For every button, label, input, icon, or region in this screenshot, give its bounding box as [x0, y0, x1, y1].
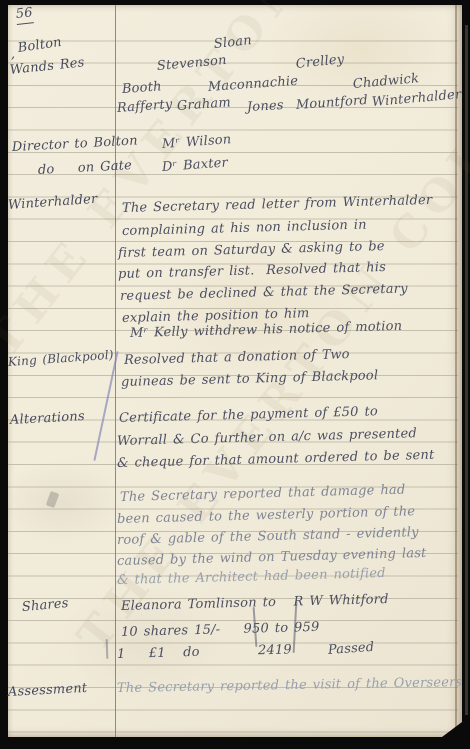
minute-line: Resolved that a donation of Two	[124, 347, 350, 369]
team-name: Sloan	[213, 33, 253, 53]
minute-line: 1 £1 do 2419	[117, 642, 292, 663]
official-assignment-label: do on Gate	[38, 158, 133, 179]
official-assignment-label: Director to Bolton	[12, 133, 139, 156]
photographed-minute-book: THE EVERTON COLLECTION THE EVERTON COLLE…	[0, 0, 470, 749]
minute-line: complaining at his non inclusion in	[122, 218, 367, 241]
minute-line: first team on Saturday & asking to be	[118, 239, 385, 262]
page-corner-cut	[442, 722, 462, 737]
minute-line: & cheque for that amount ordered to be s…	[117, 448, 435, 473]
team-name: Winterhalder	[371, 87, 462, 111]
minute-line: put on transfer list. Resolved that his	[118, 260, 386, 283]
margin-note: Winterhalder	[7, 192, 98, 214]
minute-line: The Secretary reported that damage had	[120, 483, 406, 507]
minute-line: guineas be sent to King of Blackpool	[121, 368, 379, 391]
minute-line: been caused to the westerly portion of t…	[117, 504, 416, 528]
ledger-page: THE EVERTON COLLECTION THE EVERTON COLLE…	[8, 5, 462, 737]
team-name: Maconnachie	[207, 74, 298, 97]
margin-note-opponent: Wands Res	[9, 55, 85, 79]
page-edge	[455, 5, 457, 737]
margin-note-opponent: Bolton	[17, 35, 63, 57]
check-stroke	[106, 639, 109, 659]
minute-line: request be declined & that the Secretary	[120, 281, 408, 305]
minute-line: & that the Architect had been notified	[117, 566, 386, 589]
minute-line: 10 shares 15/- 950 to 959	[121, 620, 320, 641]
team-name: Mountford	[295, 93, 368, 114]
minute-line: Worrall & Co further on a/c was presente…	[117, 426, 417, 450]
team-name: Crelley	[295, 52, 345, 73]
team-name: Rafferty	[116, 97, 173, 117]
minute-line: Certificate for the payment of £50 to	[119, 404, 378, 427]
team-name: Chadwick	[352, 71, 420, 93]
red-margin-line	[115, 5, 116, 737]
margin-note: Shares	[21, 596, 69, 616]
passed-note: Passed	[327, 640, 375, 659]
official-name: Mʳ Wilson	[161, 132, 232, 153]
margin-note: King (Blackpool)	[7, 348, 114, 370]
minute-line: The Secretary read letter from Winterhal…	[122, 193, 433, 217]
minute-line: roof & gable of the South stand - eviden…	[117, 525, 419, 549]
team-name: Graham	[176, 95, 231, 115]
team-name: Booth	[121, 79, 162, 98]
official-name: Dʳ Baxter	[161, 155, 228, 176]
page-number: 56	[15, 5, 34, 25]
pencil-smudge	[46, 491, 60, 508]
team-name: Jones	[247, 98, 285, 116]
minute-line: The Secretary reported the visit of the …	[117, 675, 463, 697]
margin-note: Assessment	[8, 681, 88, 701]
ditto-tick: ,	[11, 47, 15, 63]
margin-note: Alterations	[10, 409, 86, 429]
team-name: Stevenson	[156, 53, 227, 75]
adjacent-page-edge	[465, 25, 468, 715]
